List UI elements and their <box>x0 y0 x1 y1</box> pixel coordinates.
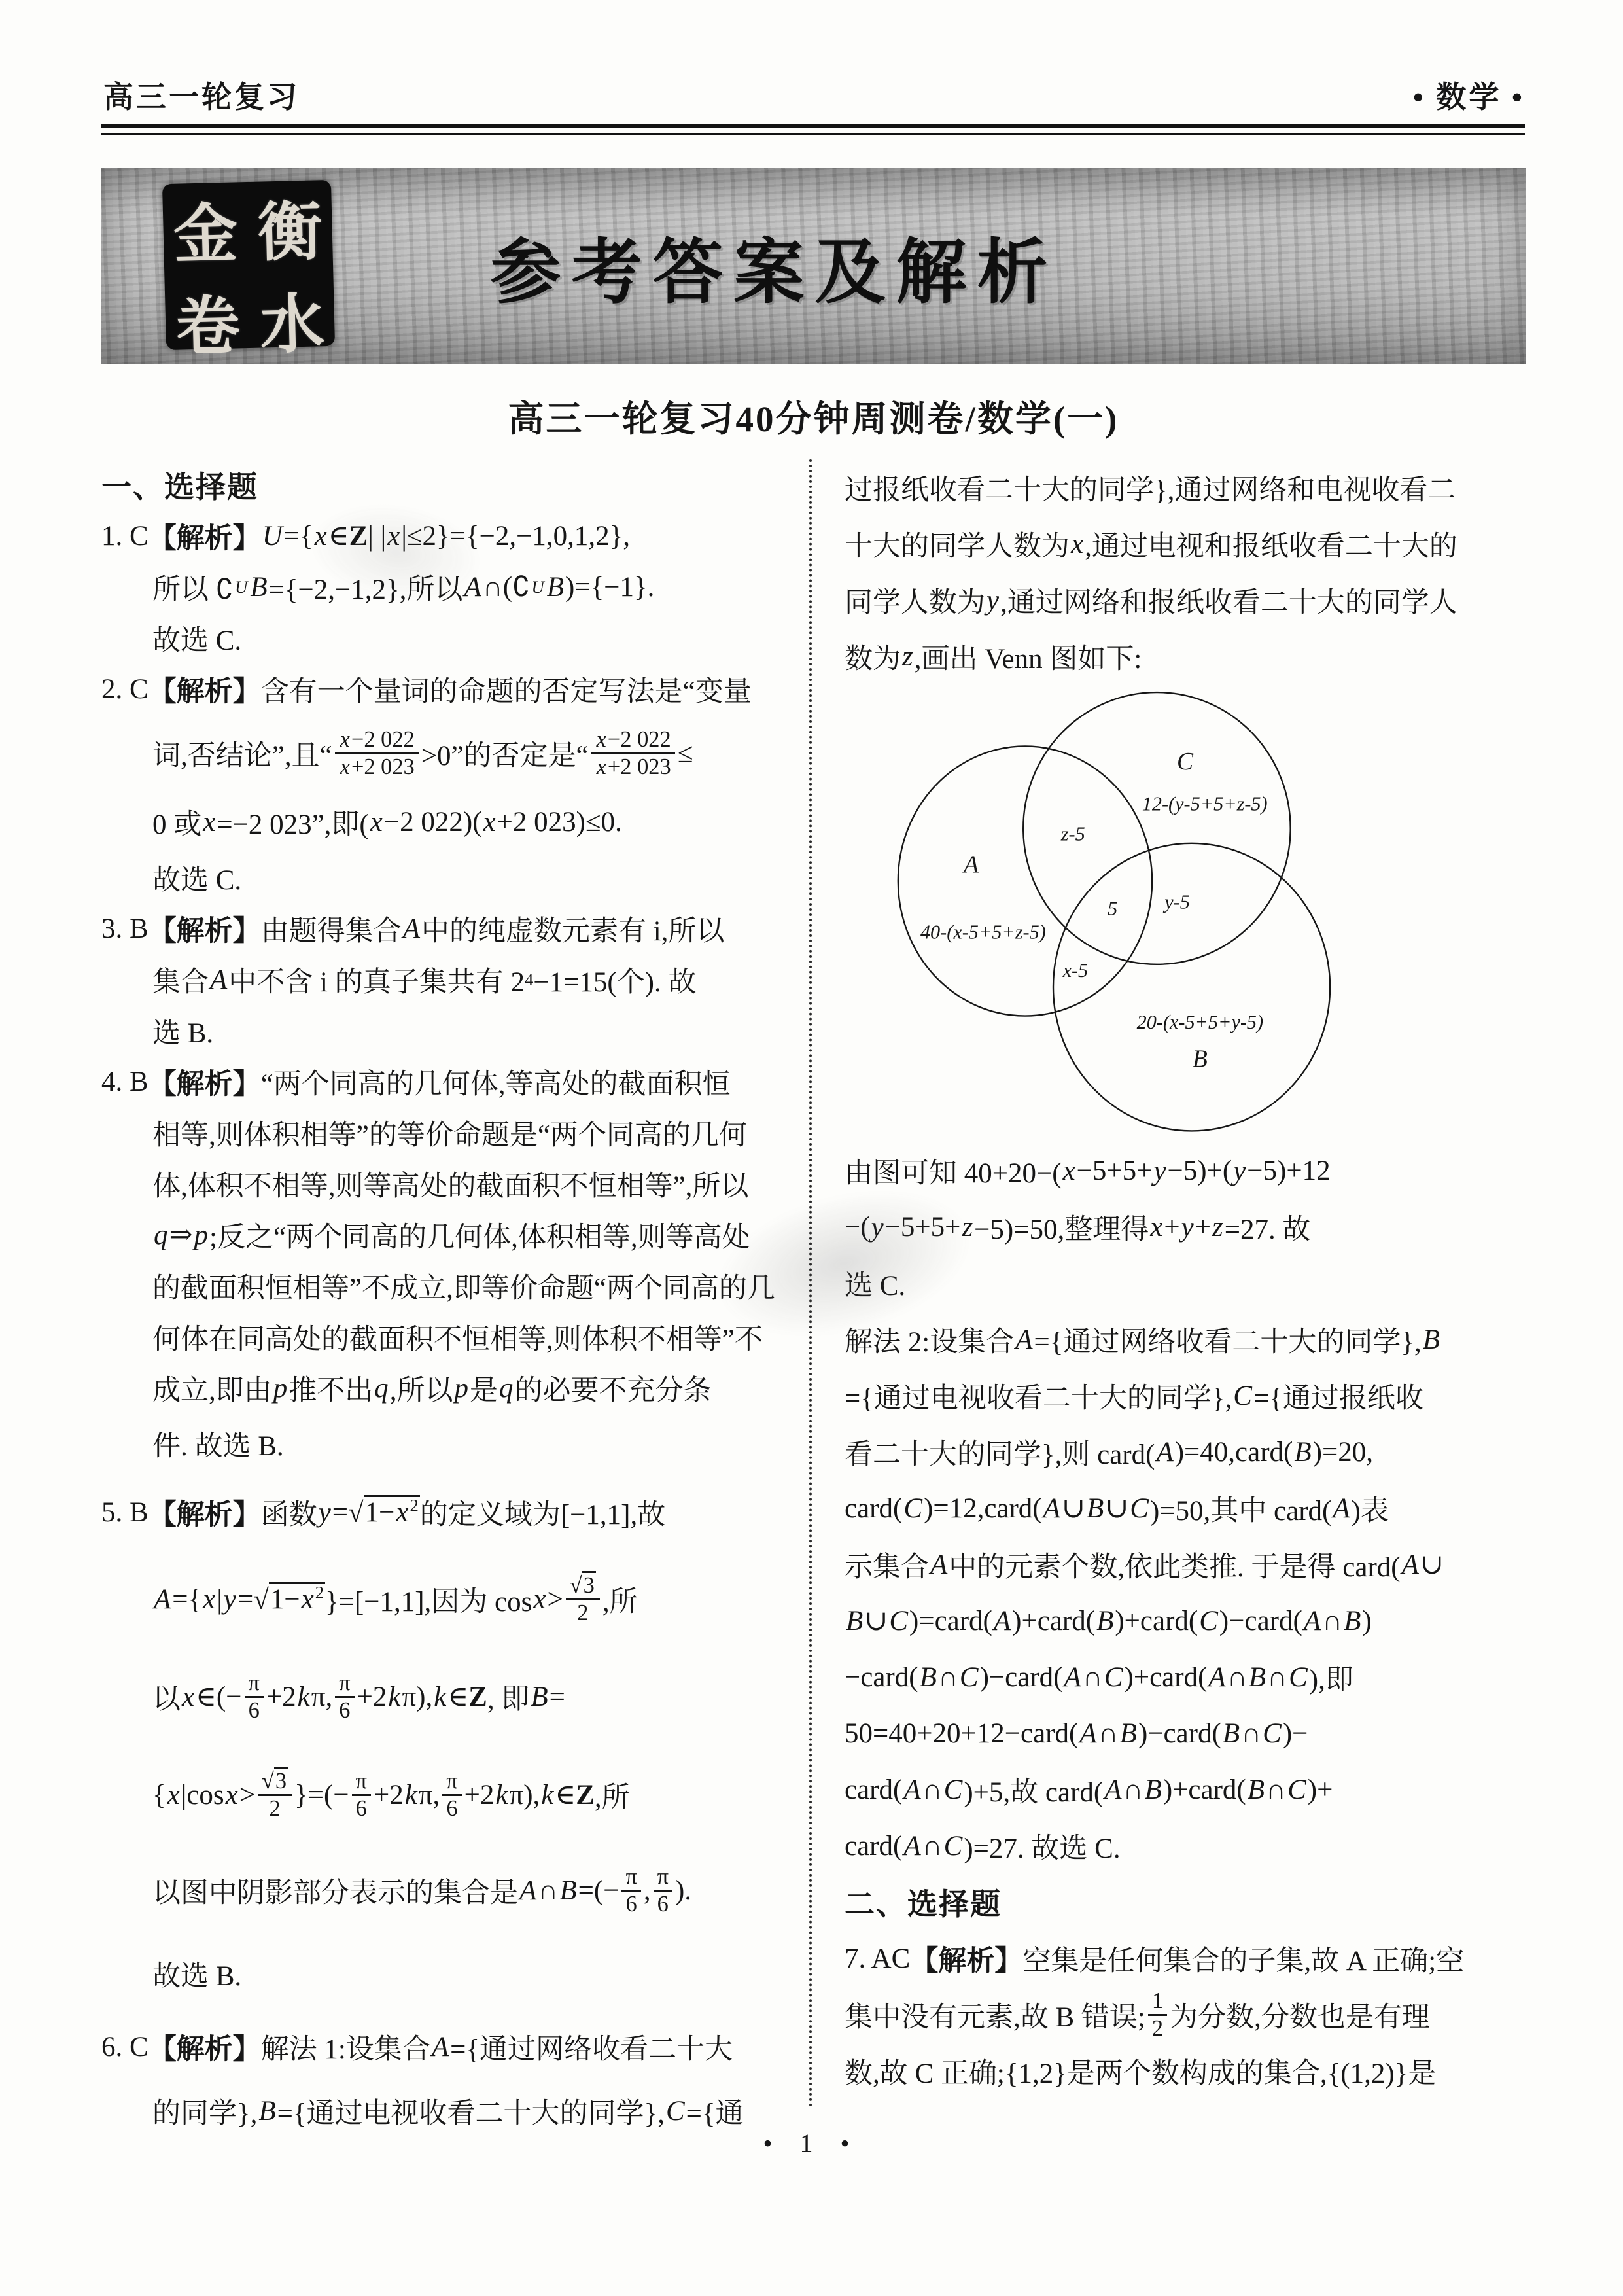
text-line: 故选 C. <box>101 612 777 663</box>
text-line: A={x|y=√1−x2}=[−1,1],因为 cos x>√32,所 <box>101 1551 777 1648</box>
venn-region-a-and-b: x-5 <box>1062 959 1089 981</box>
text-line: 7. AC 【解析】空集是任何集合的子集,故 A 正确;空 <box>845 1930 1525 1987</box>
venn-region-only-a: 40-(x-5+5+z-5) <box>920 921 1046 943</box>
right-column-top: 过报纸收看二十大的同学},通过网络和电视收看二十大的同学人数为 x,通过电视和报… <box>845 459 1525 684</box>
text-line: 件. 故选 B. <box>101 1413 777 1474</box>
text-line: 3. B 【解析】由题得集合 A 中的纯虚数元素有 i,所以 <box>101 903 777 954</box>
venn-svg: C 12-(y-5+5+z-5) z-5 A 5 y-5 40-(x-5+5+z… <box>862 686 1359 1141</box>
text-line: 故选 B. <box>101 1937 777 2010</box>
text-line: 故选 C. <box>101 852 777 903</box>
text-line: 1. C 【解析】U={x∈Z| |x|≤2}={−2,−1,0,1,2}, <box>101 510 777 561</box>
venn-circle-a <box>898 746 1152 1016</box>
header-left-title: 高三一轮复习 <box>103 73 300 116</box>
venn-region-center: 5 <box>1108 898 1117 920</box>
text-line: 体,体积不相等,则等高处的截面积不恒相等”,所以 <box>101 1158 777 1209</box>
text-line: 以图中阴影部分表示的集合是 A∩B=(−π6,π6). <box>101 1844 777 1937</box>
answer-banner: 金 衡 卷 水 参考答案及解析 <box>101 168 1526 364</box>
text-line: 数,故 C 正确;{1,2}是两个数构成的集合,{(1,2)}是 <box>845 2043 1525 2099</box>
text-line: 示集合 A 中的元素个数,依此类推. 于是得 card(A∪ <box>845 1536 1525 1593</box>
left-column: 一、选择题1. C 【解析】U={x∈Z| |x|≤2}={−2,−1,0,1,… <box>101 459 777 2138</box>
text-line: card(A∩C)+5,故 card(A∩B)+card(B∩C)+ <box>845 1761 1525 1818</box>
text-line: q⇒p;反之“两个同高的几何体,体积相等,则等高处 <box>101 1209 777 1260</box>
text-line: 集中没有元素,故 B 错误;12 为分数,分数也是有理 <box>845 1987 1525 2043</box>
text-line: ={通过电视收看二十大的同学},C={通过报纸收 <box>845 1368 1525 1424</box>
text-line: 词,否结论”,且“x−2 022x+2 023>0”的否定是“x−2 022x+… <box>101 715 777 792</box>
text-line: 的截面积恒相等”不成立,即等价命题“两个同高的几 <box>101 1260 777 1311</box>
text-line: 由图可知 40+20−(x−5+5+y−5)+(y−5)+12 <box>845 1142 1525 1199</box>
text-line: card(C)=12,card(A∪B∪C)=50,其中 card(A)表 <box>845 1480 1525 1536</box>
text-line: 选 B. <box>101 1005 777 1056</box>
text-line: 所以 ∁UB={−2,−1,2},所以 A∩(∁UB)={−1}. <box>101 561 777 612</box>
venn-label-c: C <box>1177 749 1194 775</box>
text-line: 50=40+20+12−card(A∩B)−card(B∩C)− <box>845 1705 1525 1761</box>
text-line: 相等,则体积相等”的等价命题是“两个同高的几何 <box>101 1107 777 1158</box>
text-line: 以 x∈(−π6+2kπ,π6+2kπ), k∈Z, 即 B= <box>101 1648 777 1746</box>
text-line: 2. C 【解析】含有一个量词的命题的否定写法是“变量 <box>101 663 777 715</box>
text-line: 十大的同学人数为 x,通过电视和报纸收看二十大的 <box>845 516 1525 572</box>
venn-region-only-b: 20-(x-5+5+y-5) <box>1137 1011 1263 1033</box>
text-line: 5. B 【解析】函数 y=√1−x2 的定义域为[−1,1],故 <box>101 1474 777 1551</box>
venn-region-a-and-c: z-5 <box>1060 822 1085 845</box>
text-line: −card(B∩C)−card(A∩C)+card(A∩B∩C),即 <box>845 1649 1525 1705</box>
column-divider <box>809 459 812 2108</box>
header-right-title: • 数学 • <box>1413 73 1525 116</box>
text-line: 0 或 x=−2 023”,即(x−2 022)(x+2 023)≤0. <box>101 792 777 852</box>
right-column-bottom: 由图可知 40+20−(x−5+5+y−5)+(y−5)+12−(y−5+5+z… <box>845 1142 1525 2099</box>
header-divider-rule <box>101 124 1525 135</box>
text-line: 二、选择题 <box>845 1874 1525 1930</box>
text-line: 过报纸收看二十大的同学},通过网络和电视收看二 <box>845 459 1525 516</box>
text-line: 解法 2:设集合 A={通过网络收看二十大的同学},B <box>845 1311 1525 1368</box>
text-line: 数为 z,画出 Venn 图如下: <box>845 628 1525 684</box>
venn-region-b-and-c: y-5 <box>1162 891 1190 913</box>
text-line: 何体在同高处的截面积不恒相等,则体积不相等”不 <box>101 1311 777 1362</box>
scanned-answer-page: 高三一轮复习 • 数学 • 金 衡 卷 水 参考答案及解析 高三一轮复习40分钟… <box>0 0 1623 2296</box>
two-column-body: 一、选择题1. C 【解析】U={x∈Z| |x|≤2}={−2,−1,0,1,… <box>101 459 1526 2138</box>
banner-title: 参考答案及解析 <box>101 168 1526 364</box>
venn-circle-b <box>1053 843 1330 1131</box>
right-column: 过报纸收看二十大的同学},通过网络和电视收看二十大的同学人数为 x,通过电视和报… <box>845 459 1525 2138</box>
page-header: 高三一轮复习 • 数学 • <box>103 73 1525 116</box>
text-line: card(A∩C)=27. 故选 C. <box>845 1818 1525 1874</box>
venn-diagram: C 12-(y-5+5+z-5) z-5 A 5 y-5 40-(x-5+5+z… <box>845 684 1525 1142</box>
text-line: 看二十大的同学},则 card(A)=40,card(B)=20, <box>845 1424 1525 1480</box>
venn-label-a: A <box>962 852 979 879</box>
text-line: 4. B 【解析】“两个同高的几何体,等高处的截面积恒 <box>101 1056 777 1107</box>
text-line: −(y−5+5+z−5)=50,整理得 x+y+z=27. 故 <box>845 1199 1525 1255</box>
text-line: 同学人数为 y,通过网络和报纸收看二十大的同学人 <box>845 572 1525 628</box>
page-number: • 1 • <box>0 2128 1623 2159</box>
text-line: 集合 A 中不含 i 的真子集共有 24−1=15(个). 故 <box>101 954 777 1005</box>
venn-label-b: B <box>1193 1046 1208 1072</box>
venn-region-only-c: 12-(y-5+5+z-5) <box>1142 792 1268 815</box>
text-line: 成立,即由 p 推不出 q,所以 p 是 q 的必要不充分条 <box>101 1362 777 1413</box>
text-line: 6. C 【解析】解法 1:设集合 A={通过网络收看二十大 <box>101 2010 777 2083</box>
text-line: 选 C. <box>845 1255 1525 1311</box>
text-line: {x|cos x>√32}=(−π6+2kπ,π6+2kπ),k∈Z,所 <box>101 1746 777 1844</box>
text-line: 一、选择题 <box>101 459 777 510</box>
text-line: B∪C)=card(A)+card(B)+card(C)−card(A∩B) <box>845 1593 1525 1649</box>
test-paper-title: 高三一轮复习40分钟周测卷/数学(一) <box>101 390 1526 442</box>
